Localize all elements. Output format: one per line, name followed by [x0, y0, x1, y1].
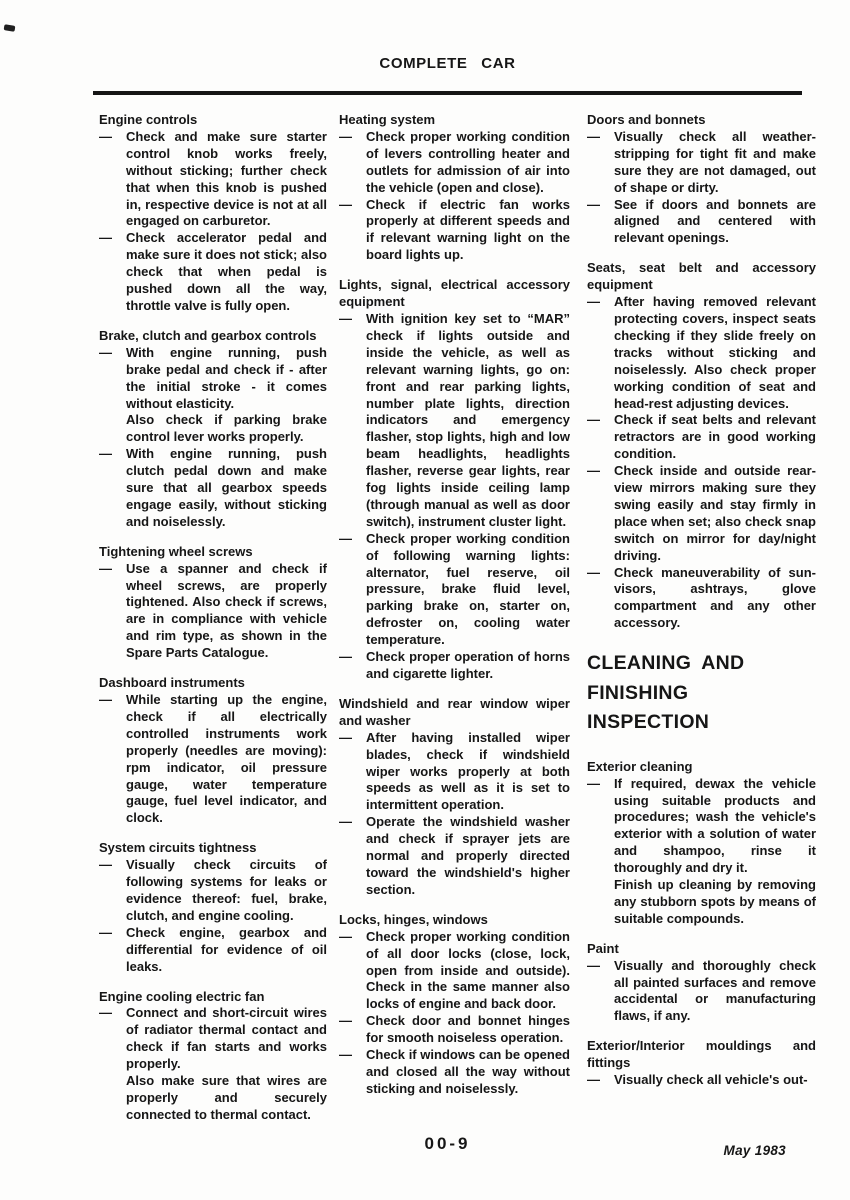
list-item-text: Check inside and outside rear-view mirro… [614, 463, 816, 564]
section-heading: Windshield and rear window wiper and was… [339, 696, 570, 730]
dash-bullet: — [339, 531, 366, 649]
list-item-text: Connect and short-circuit wires of radia… [126, 1005, 327, 1073]
list-item: — While starting up the engine, check if… [99, 692, 327, 827]
list-item-text: See if doors and bonnets are aligned and… [614, 197, 816, 248]
list-item-text: Check maneuverability of sun-visors, ash… [614, 565, 816, 633]
dash-bullet: — [99, 925, 126, 976]
dash-bullet: — [99, 692, 126, 827]
page-number: 00-9 [93, 1134, 802, 1154]
dash-bullet: — [99, 230, 126, 315]
dash-bullet: — [587, 958, 614, 1026]
section-heading: Exterior cleaning [587, 759, 816, 776]
list-item-text: Check proper working condition of levers… [366, 129, 570, 197]
list-item: — Check proper working condition of foll… [339, 531, 570, 649]
list-item-text: After having removed relevant protecting… [614, 294, 816, 412]
list-item: — After having installed wiper blades, c… [339, 730, 570, 815]
list-item: Also check if parking brake control leve… [99, 412, 327, 446]
section-heading: Engine controls [99, 112, 327, 129]
list-item: — Check engine, gearbox and differential… [99, 925, 327, 976]
list-item-text: Visually check all weather-stripping for… [614, 129, 816, 197]
dash-bullet: — [99, 857, 126, 925]
list-item: Also make sure that wires are properly a… [99, 1073, 327, 1124]
section-seats-seat-belt-accessory: Seats, seat belt and accessory equipment… [587, 260, 816, 632]
section-heading: Engine cooling electric fan [99, 989, 327, 1006]
section-brake-clutch-gearbox: Brake, clutch and gearbox controls — Wit… [99, 328, 327, 531]
list-item-text: With engine running, push brake pedal an… [126, 345, 327, 413]
dash-bullet: — [339, 649, 366, 683]
dash-bullet: — [99, 1005, 126, 1073]
list-item: — Check if seat belts and relevant retra… [587, 412, 816, 463]
list-item-text: Check if windows can be opened and close… [366, 1047, 570, 1098]
dash-bullet: — [587, 412, 614, 463]
list-item-text: With ignition key set to “MAR” check if … [366, 311, 570, 531]
section-exterior-interior-mouldings: Exterior/Interior mouldings and fittings… [587, 1038, 816, 1089]
list-item: — Visually check circuits of following s… [99, 857, 327, 925]
dash-bullet: — [99, 345, 126, 413]
section-heading: Paint [587, 941, 816, 958]
list-item: — See if doors and bonnets are aligned a… [587, 197, 816, 248]
dash-bullet: — [587, 1072, 614, 1089]
list-item-text: If required, dewax the vehicle using sui… [614, 776, 816, 877]
section-exterior-cleaning: Exterior cleaning — If required, dewax t… [587, 759, 816, 928]
list-item: — Use a spanner and check if wheel screw… [99, 561, 327, 662]
section-heading: Lights, signal, electrical accessory equ… [339, 277, 570, 311]
list-item-text: Check engine, gearbox and differential f… [126, 925, 327, 976]
dash-bullet: — [587, 565, 614, 633]
dash-bullet: — [339, 730, 366, 815]
list-item-text: Check door and bonnet hinges for smooth … [366, 1013, 570, 1047]
list-item-text: Check if electric fan works properly at … [366, 197, 570, 265]
list-item-text: Check accelerator pedal and make sure it… [126, 230, 327, 315]
dash-bullet: — [339, 1047, 366, 1098]
list-item: — Check proper working condition of leve… [339, 129, 570, 197]
list-item: — Visually check all weather-stripping f… [587, 129, 816, 197]
section-heading: Doors and bonnets [587, 112, 816, 129]
list-item-text: Visually check all vehicle's out- [614, 1072, 816, 1089]
section-doors-and-bonnets: Doors and bonnets — Visually check all w… [587, 112, 816, 247]
list-item: — Check accelerator pedal and make sure … [99, 230, 327, 315]
dash-bullet: — [99, 129, 126, 230]
dash-bullet: — [339, 814, 366, 899]
dash-bullet: — [587, 129, 614, 197]
section-heading: Locks, hinges, windows [339, 912, 570, 929]
list-item-text: Check proper working condition of follow… [366, 531, 570, 649]
section-lights-signal-electrical: Lights, signal, electrical accessory equ… [339, 277, 570, 683]
list-item: — After having removed relevant protecti… [587, 294, 816, 412]
dash-bullet: — [339, 129, 366, 197]
dash-bullet: — [587, 197, 614, 248]
section-heating-system: Heating system — Check proper working co… [339, 112, 570, 264]
dash-bullet: — [99, 446, 126, 531]
revision-date: May 1983 [724, 1143, 786, 1158]
column-left: Engine controls — Check and make sure st… [99, 112, 327, 1137]
list-item-text: Check if seat belts and relevant retract… [614, 412, 816, 463]
list-item-text: After having installed wiper blades, che… [366, 730, 570, 815]
list-item: — With ignition key set to “MAR” check i… [339, 311, 570, 531]
scan-artifact [4, 24, 16, 32]
section-tightening-wheel-screws: Tightening wheel screws — Use a spanner … [99, 544, 327, 662]
cleaning-finishing-inspection-heading: CLEANING AND FINISHING INSPECTION [587, 649, 816, 738]
list-item-text: Also check if parking brake control leve… [126, 412, 327, 446]
header-rule [93, 91, 802, 95]
list-item-text: Visually check circuits of following sys… [126, 857, 327, 925]
dash-bullet: — [339, 929, 366, 1014]
dash-bullet [99, 1073, 126, 1124]
dash-bullet [99, 412, 126, 446]
list-item: — Check if windows can be opened and clo… [339, 1047, 570, 1098]
section-heading: Seats, seat belt and accessory equipment [587, 260, 816, 294]
list-item: — Check door and bonnet hinges for smoot… [339, 1013, 570, 1047]
list-item: Finish up cleaning by removing any stubb… [587, 877, 816, 928]
list-item: — Check inside and outside rear-view mir… [587, 463, 816, 564]
section-heading: System circuits tightness [99, 840, 327, 857]
dash-bullet: — [339, 197, 366, 265]
dash-bullet: — [587, 294, 614, 412]
list-item-text: Finish up cleaning by removing any stubb… [614, 877, 816, 928]
section-paint: Paint — Visually and thoroughly check al… [587, 941, 816, 1026]
list-item-text: Also make sure that wires are properly a… [126, 1073, 327, 1124]
list-item: — Check if electric fan works properly a… [339, 197, 570, 265]
section-heading: Dashboard instruments [99, 675, 327, 692]
section-heading: Brake, clutch and gearbox controls [99, 328, 327, 345]
list-item: — With engine running, push brake pedal … [99, 345, 327, 413]
section-dashboard-instruments: Dashboard instruments — While starting u… [99, 675, 327, 827]
section-locks-hinges-windows: Locks, hinges, windows — Check proper wo… [339, 912, 570, 1098]
section-engine-controls: Engine controls — Check and make sure st… [99, 112, 327, 315]
section-system-circuits-tightness: System circuits tightness — Visually che… [99, 840, 327, 975]
list-item: — With engine running, push clutch pedal… [99, 446, 327, 531]
list-item: — Check proper operation of horns and ci… [339, 649, 570, 683]
list-item: — Connect and short-circuit wires of rad… [99, 1005, 327, 1073]
section-engine-cooling-electric-fan: Engine cooling electric fan — Connect an… [99, 989, 327, 1124]
list-item-text: Operate the windshield washer and check … [366, 814, 570, 899]
list-item-text: With engine running, push clutch pedal d… [126, 446, 327, 531]
column-right: Doors and bonnets — Visually check all w… [587, 112, 816, 1102]
list-item: — Visually and thoroughly check all pain… [587, 958, 816, 1026]
section-heading: Heating system [339, 112, 570, 129]
list-item: — If required, dewax the vehicle using s… [587, 776, 816, 877]
dash-bullet [587, 877, 614, 928]
list-item-text: Check and make sure starter control knob… [126, 129, 327, 230]
list-item-text: Visually and thoroughly check all painte… [614, 958, 816, 1026]
list-item-text: Use a spanner and check if wheel screws,… [126, 561, 327, 662]
section-heading: Tightening wheel screws [99, 544, 327, 561]
list-item-text: While starting up the engine, check if a… [126, 692, 327, 827]
dash-bullet: — [339, 311, 366, 531]
page-title: COMPLETE CAR [93, 55, 802, 72]
section-windshield-wiper-washer: Windshield and rear window wiper and was… [339, 696, 570, 899]
list-item: — Check and make sure starter control kn… [99, 129, 327, 230]
dash-bullet: — [99, 561, 126, 662]
column-middle: Heating system — Check proper working co… [339, 112, 570, 1111]
list-item: — Check proper working condition of all … [339, 929, 570, 1014]
dash-bullet: — [339, 1013, 366, 1047]
list-item: — Operate the windshield washer and chec… [339, 814, 570, 899]
list-item-text: Check proper working condition of all do… [366, 929, 570, 1014]
dash-bullet: — [587, 463, 614, 564]
list-item: — Visually check all vehicle's out- [587, 1072, 816, 1089]
list-item: — Check maneuverability of sun-visors, a… [587, 565, 816, 633]
section-heading: Exterior/Interior mouldings and fittings [587, 1038, 816, 1072]
list-item-text: Check proper operation of horns and ciga… [366, 649, 570, 683]
dash-bullet: — [587, 776, 614, 877]
